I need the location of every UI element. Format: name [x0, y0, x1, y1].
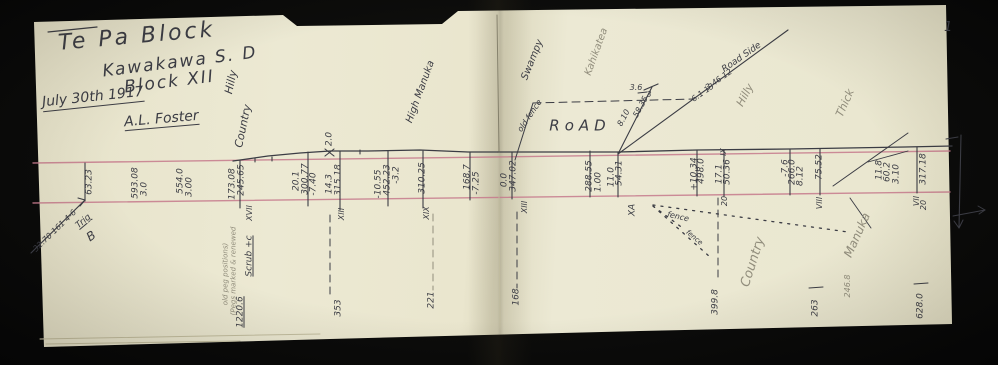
sketch-annotation: 3.10 [893, 164, 902, 184]
sketch-annotation: 50.36 [724, 159, 733, 185]
sketch-annotation: XIII [521, 201, 529, 214]
sketch-stroke [33, 151, 950, 163]
sketch-annotation: 399.8 [712, 289, 721, 315]
sketch-annotation: 245.65 [238, 164, 247, 196]
sketch-stroke [533, 99, 694, 103]
sketch-annotation: 75.52 [816, 154, 825, 180]
sketch-stroke [809, 287, 823, 288]
sketch-annotation: 347.02 [510, 160, 519, 192]
sketch-stroke [954, 221, 959, 228]
sketch-stroke [46, 341, 240, 344]
sketch-stroke [78, 198, 85, 200]
sketch-annotation: XIX [423, 206, 431, 219]
sketch-stroke [40, 334, 320, 339]
sketch-annotation: IX [720, 148, 728, 156]
sketch-annotation: 3.00 [186, 177, 195, 197]
sketch-annotation: RoAD [549, 119, 610, 134]
sketch-annotation: -7.25 [473, 171, 482, 194]
sketch-annotation: 263 [812, 299, 821, 316]
sketch-annotation: XA [629, 204, 638, 216]
sketch-annotation: -7.40 [310, 172, 319, 195]
sketch-annotation: 3.0 [141, 182, 150, 196]
sketch-annotation: 3.6 [630, 84, 643, 92]
scanned-field-book: { "page": { "number": "1" }, "title_bloc… [0, 0, 998, 365]
sketch-annotation: 310.25 [419, 162, 428, 194]
sketch-stroke [914, 283, 928, 284]
sketch-stroke [499, 196, 500, 328]
sketch-annotation: 54.31 [616, 160, 625, 186]
sketch-stroke [946, 137, 958, 139]
sketch-annotation: 1220.6 [237, 296, 246, 328]
sketch-annotation: 20 [721, 196, 729, 206]
sketch-annotation: 63.23 [86, 169, 95, 195]
sketch-annotation: old peg positions) [223, 243, 230, 305]
sketch-annotation: XVII [246, 205, 254, 221]
sketch-annotation: XIII [338, 208, 346, 221]
sketch-annotation: 498.0 [698, 158, 707, 184]
sketch-stroke [497, 15, 499, 152]
page-number: 1 [944, 20, 952, 35]
sketch-annotation: 1.00 [595, 172, 604, 192]
sketch-annotation: (Pegs marked & renewed [231, 227, 238, 316]
sketch-annotation: 221 [428, 291, 437, 308]
sketch-annotation: 317.18 [920, 153, 929, 185]
sketch-annotation: 3 [646, 91, 651, 99]
sketch-annotation: 628.0 [917, 293, 926, 319]
sketch-annotation: 20 [920, 200, 928, 210]
sketch-annotation: Scrub +c [246, 235, 255, 276]
sketch-annotation: 246.8 [844, 275, 852, 298]
sketch-stroke [978, 206, 985, 210]
sketch-annotation: 315.18 [335, 164, 344, 196]
sketch-annotation: 168 [513, 288, 522, 305]
sketch-annotation: 353 [335, 299, 344, 316]
sketch-annotation: -3.2 [393, 166, 402, 184]
sketch-annotation: 2.0 [326, 132, 335, 146]
sketch-annotation: 8.12 [797, 166, 806, 186]
sketch-annotation: VIII [816, 197, 824, 210]
sketch-stroke [33, 192, 950, 203]
